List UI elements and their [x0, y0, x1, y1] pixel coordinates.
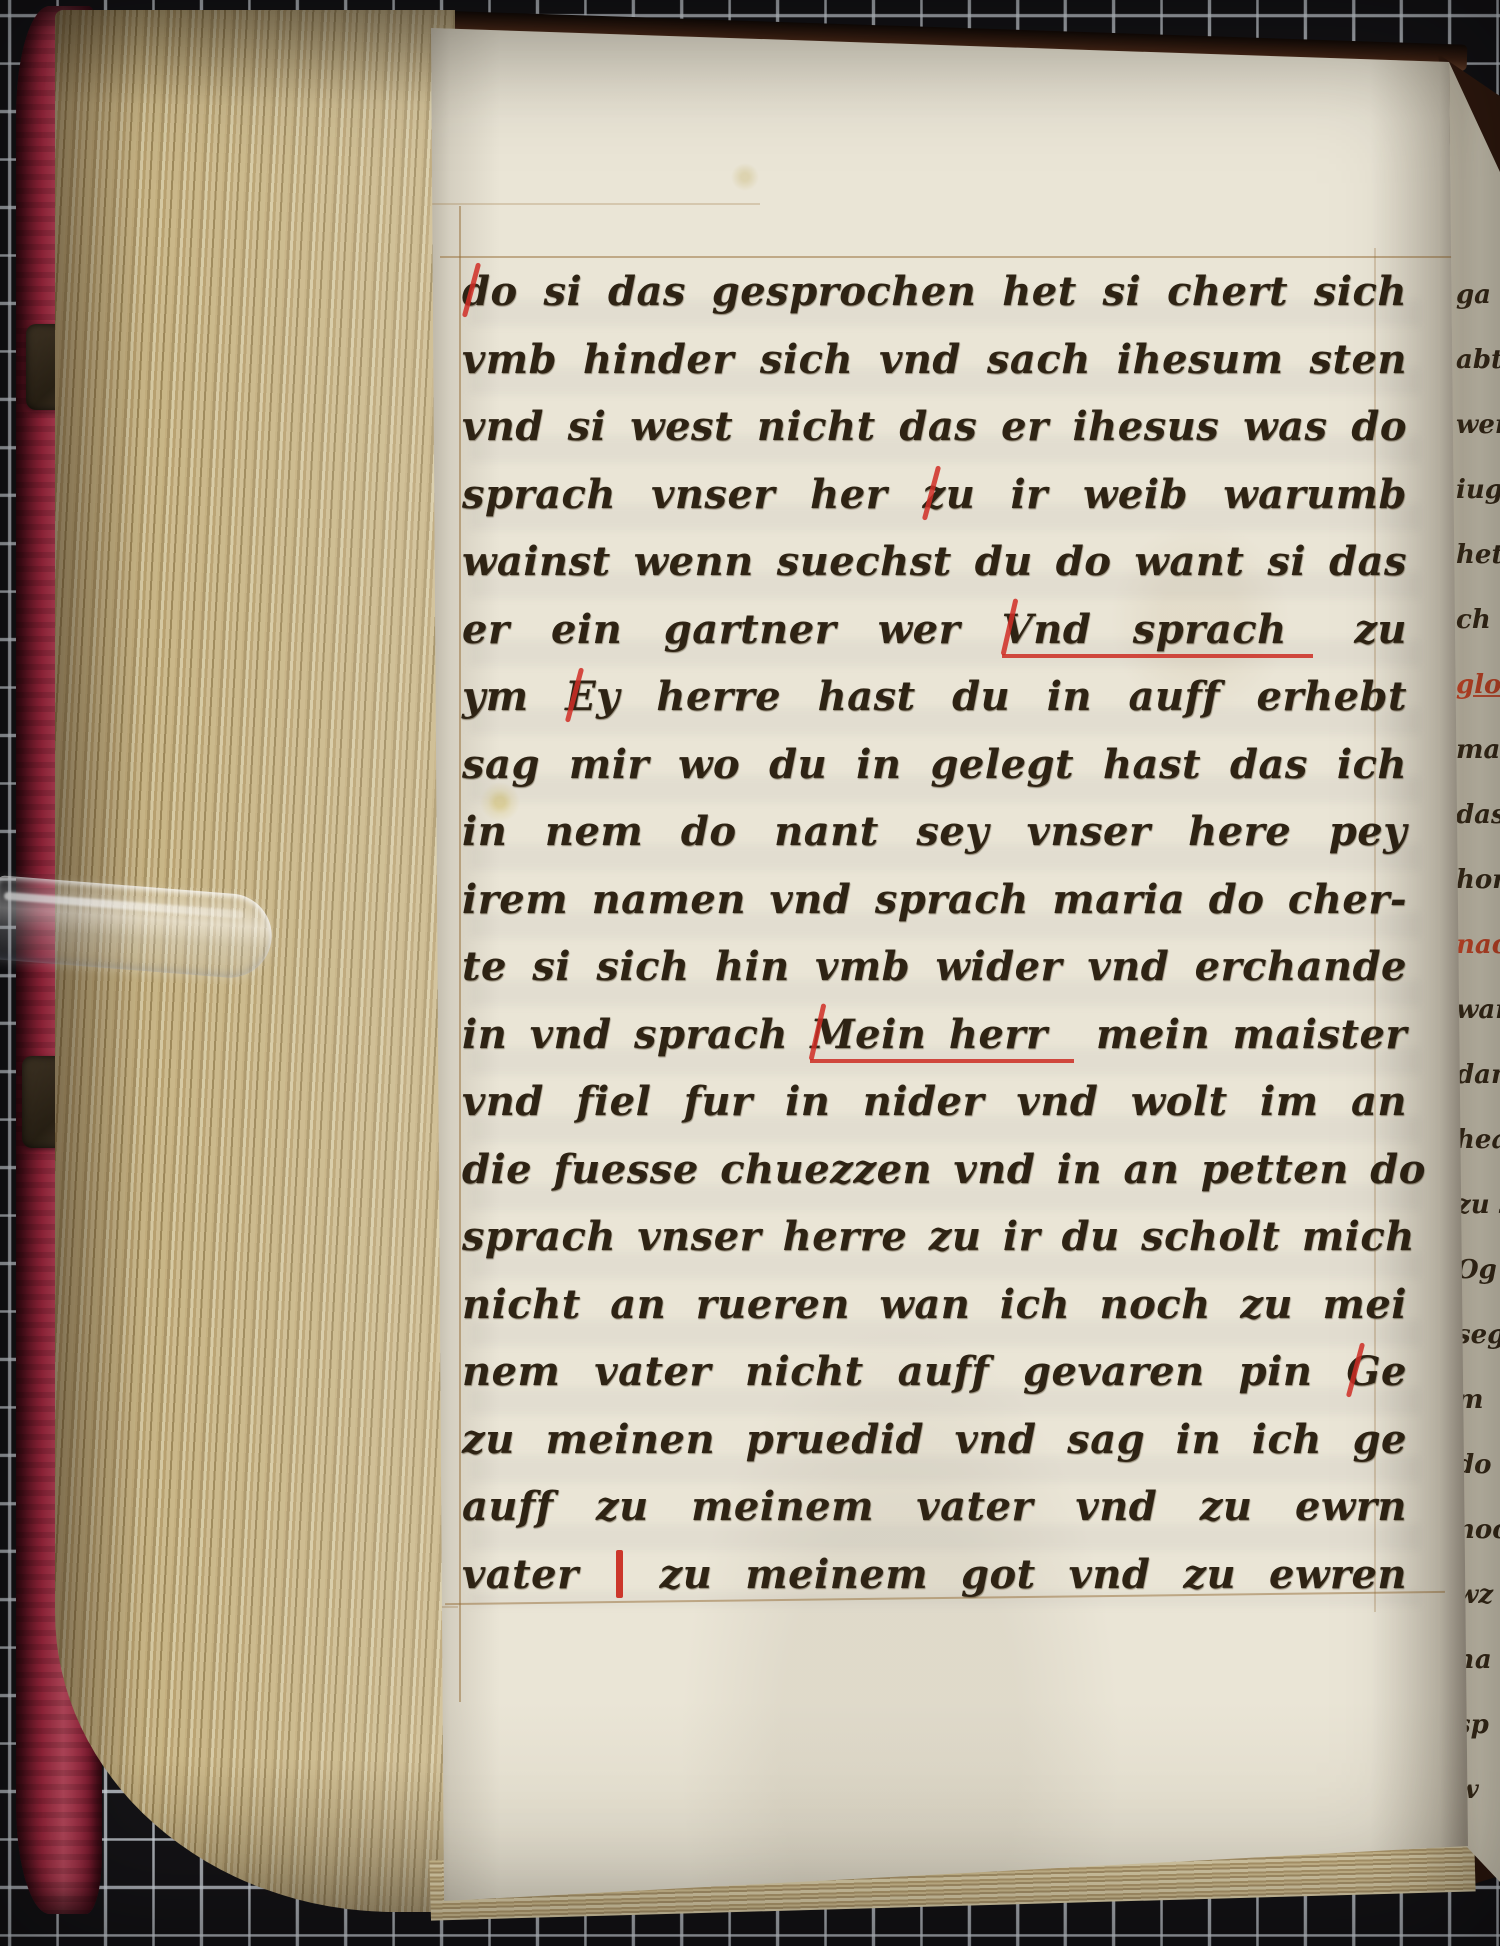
manuscript-text-segment: zu: [1354, 606, 1407, 653]
manuscript-text-segment: Ey: [565, 673, 620, 720]
next-page-text-fragment: wart: [1456, 978, 1500, 1043]
manuscript-text-segment: irem namen vnd sprach maria do cher-: [462, 876, 1407, 923]
manuscript-text-segment: auff zu meinem vater vnd zu ewrn: [462, 1483, 1407, 1530]
manuscript-line: nicht an rueren wan ich noch zu mei: [462, 1271, 1407, 1339]
manuscript-line: do si das gesprochen het si chert sich: [462, 258, 1407, 326]
manuscript-text-segment: in nem do nant sey vnser here pey: [462, 808, 1407, 855]
next-page-text-fragment: dann: [1456, 1043, 1500, 1108]
next-page-text-fragment: mai: [1456, 718, 1500, 783]
manuscript-text-segment: te si sich hin vmb wider vnd erchande: [462, 943, 1407, 990]
manuscript-text-segment: nicht an rueren wan ich noch zu mei: [462, 1281, 1407, 1328]
rubric-paragraph-bar: [616, 1550, 623, 1598]
next-page-text-fragment: ga: [1456, 263, 1500, 328]
manuscript-text-segment: zu meinem got vnd zu ewren: [660, 1551, 1407, 1598]
manuscript-line: sprach vnser herre zu ir du scholt mich: [462, 1203, 1407, 1271]
manuscript-text-segment: Ge: [1346, 1348, 1407, 1395]
manuscript-text-segment: do: [462, 268, 518, 315]
manuscript-text-segment: Mein herr: [810, 1011, 1073, 1063]
next-page-text-fragment: iug: [1456, 458, 1500, 523]
manuscript-line: irem namen vnd sprach maria do cher-: [462, 866, 1407, 934]
manuscript-text-segment: wainst wenn suechst du do want si das: [462, 538, 1407, 585]
manuscript-line: sag mir wo du in gelegt hast das ich: [462, 731, 1407, 799]
manuscript-line: vnd fiel fur in nider vnd wolt im an: [462, 1068, 1407, 1136]
manuscript-line: vnd si west nicht das er ihesus was do: [462, 393, 1407, 461]
text-block: do si das gesprochen het si chert sichvm…: [462, 258, 1407, 1608]
manuscript-text-segment: vnd si west nicht das er ihesus was do: [462, 403, 1407, 450]
manuscript-line: nem vater nicht auff gevaren pin Ge: [462, 1338, 1407, 1406]
manuscript-line: sprach vnser her zu ir weib warumb: [462, 461, 1407, 529]
manuscript-text-segment: mein maister: [1096, 1011, 1407, 1058]
manuscript-line: te si sich hin vmb wider vnd erchande: [462, 933, 1407, 1001]
next-page-text-fragment: zu s: [1456, 1173, 1500, 1238]
manuscript-photo: gaabtweriughetch dglormaidas ghor dnachw…: [0, 0, 1500, 1946]
manuscript-line: auff zu meinem vater vnd zu ewrn: [462, 1473, 1407, 1541]
manuscript-text-segment: sprach vnser herre zu ir du scholt mich: [462, 1213, 1415, 1260]
manuscript-text-segment: Vnd sprach: [1002, 606, 1313, 658]
next-page-text-fragment: nach: [1456, 913, 1500, 978]
next-page-text-fragment: heare: [1456, 1108, 1500, 1173]
manuscript-line: vmb hinder sich vnd sach ihesum sten: [462, 326, 1407, 394]
ruling-line-top-faint: [430, 203, 760, 205]
manuscript-line: ym Ey herre hast du in auff erhebt: [462, 663, 1407, 731]
manuscript-line: er ein gartner wer Vnd sprach zu: [462, 596, 1407, 664]
next-page-text-fragment: wer: [1456, 393, 1500, 458]
manuscript-text-segment: die fuesse chuezzen vnd in an petten do: [462, 1146, 1426, 1193]
manuscript-line: in nem do nant sey vnser here pey: [462, 798, 1407, 866]
next-page-text-fragment: het: [1456, 523, 1500, 588]
manuscript-text-segment: vmb hinder sich vnd sach ihesum sten: [462, 336, 1407, 383]
next-page-text-fragment: Og: [1456, 1238, 1500, 1303]
manuscript-text-segment: in vnd sprach: [462, 1011, 788, 1058]
manuscript-text-segment: nem vater nicht auff gevaren pin: [462, 1348, 1312, 1395]
manuscript-line: zu meinen pruedid vnd sag in ich ge: [462, 1406, 1407, 1474]
next-page-text-fragment: hor d: [1456, 848, 1500, 913]
ruling-line-left-margin: [459, 206, 461, 1702]
manuscript-text-segment: zu meinen pruedid vnd sag in ich ge: [462, 1416, 1407, 1463]
manuscript-line: die fuesse chuezzen vnd in an petten do: [462, 1136, 1407, 1204]
manuscript-text-segment: zu: [922, 471, 975, 518]
manuscript-text-segment: si das gesprochen het si chert sich: [543, 268, 1407, 315]
manuscript-text-segment: ym: [462, 673, 529, 720]
next-page-text-fragment: das g: [1456, 783, 1500, 848]
next-page-text-fragment: ch d: [1456, 588, 1500, 653]
next-page-text-fragment: abt: [1456, 328, 1500, 393]
next-page-text-fragment: glor: [1456, 653, 1500, 718]
manuscript-line: wainst wenn suechst du do want si das: [462, 528, 1407, 596]
manuscript-text-segment: sag mir wo du in gelegt hast das ich: [462, 741, 1407, 788]
manuscript-text-segment: herre hast du in auff erhebt: [656, 673, 1407, 720]
manuscript-text-segment: vater: [462, 1551, 579, 1598]
manuscript-text-segment: vnd fiel fur in nider vnd wolt im an: [462, 1078, 1407, 1125]
manuscript-line: in vnd sprach Mein herr mein maister: [462, 1001, 1407, 1069]
manuscript-text-segment: er ein gartner wer: [462, 606, 960, 653]
manuscript-line: vater zu meinem got vnd zu ewren: [462, 1541, 1407, 1609]
manuscript-text-segment: ir weib warumb: [1010, 471, 1407, 518]
manuscript-text-segment: sprach vnser her: [462, 471, 887, 518]
